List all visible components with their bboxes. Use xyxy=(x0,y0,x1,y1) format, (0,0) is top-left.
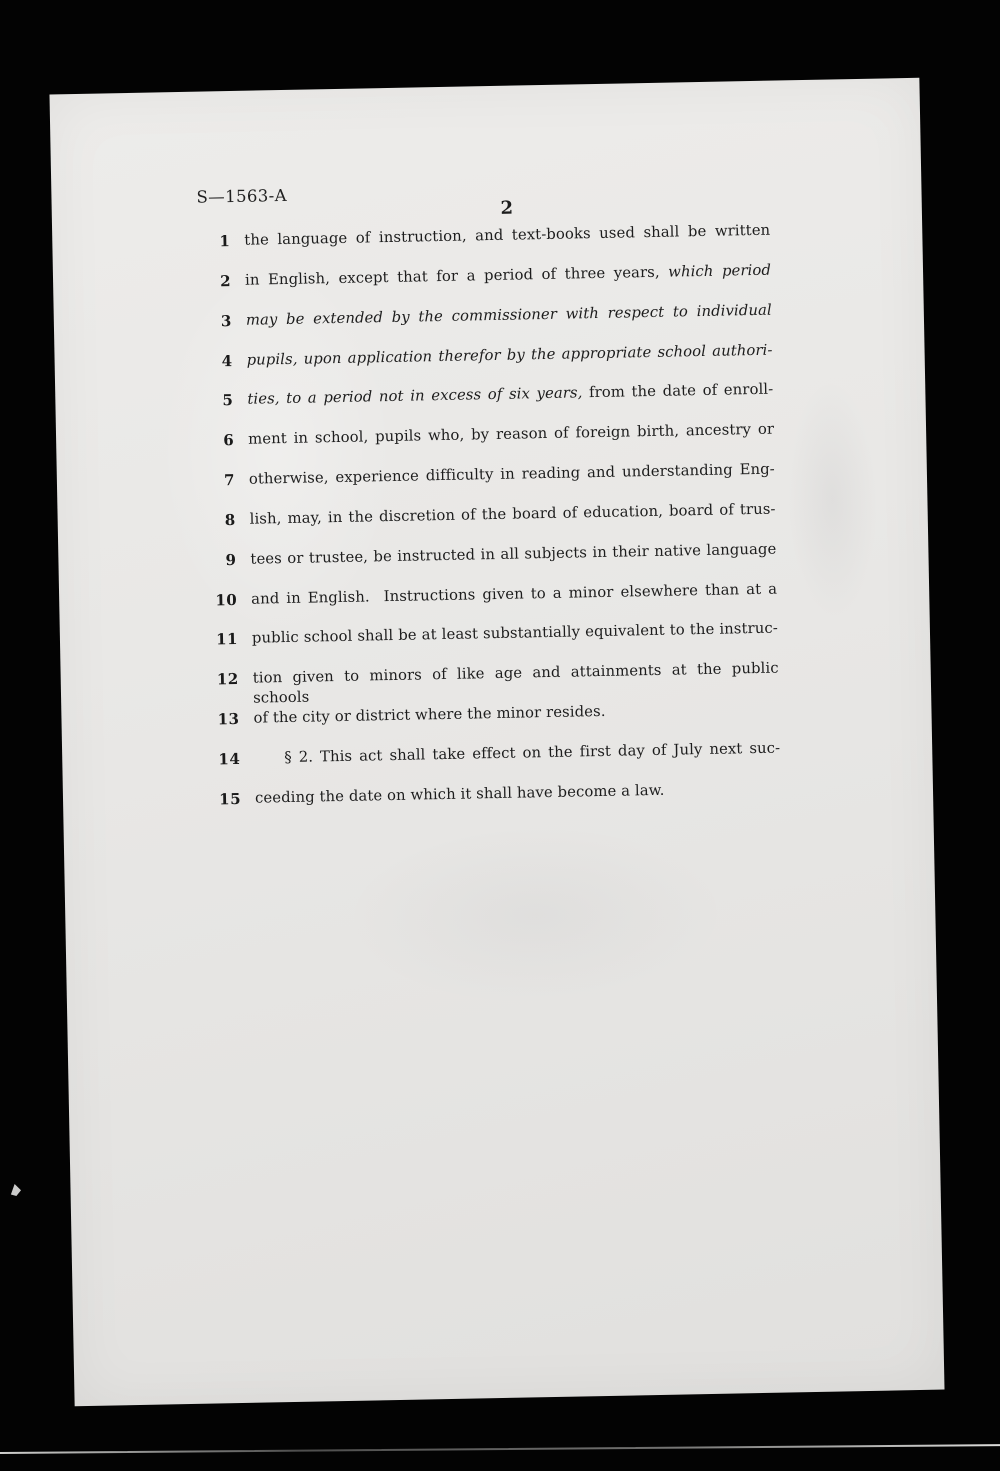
line-number: 8 xyxy=(192,510,236,531)
scan-smudge xyxy=(344,822,727,1009)
line-number: 5 xyxy=(189,390,233,411)
scan-edge-line xyxy=(0,1444,1000,1454)
line-text: the language of instruction, and text-bo… xyxy=(244,221,770,251)
scan-smudge xyxy=(785,379,880,621)
line-number: 14 xyxy=(196,749,240,770)
line-number: 1 xyxy=(186,231,230,252)
document-page: S—1563-A 2 1 the language of instruction… xyxy=(49,78,944,1406)
scan-speck xyxy=(10,1184,21,1196)
scan-background: S—1563-A 2 1 the language of instruction… xyxy=(0,0,1000,1471)
line-number: 13 xyxy=(195,709,239,730)
line-number: 3 xyxy=(188,311,232,332)
line-number: 6 xyxy=(190,430,234,451)
text-segment: the language of instruction, and text-bo… xyxy=(244,222,770,249)
line-number: 12 xyxy=(195,669,239,690)
line-number: 9 xyxy=(192,550,236,571)
italic-text-segment: which period xyxy=(668,261,771,280)
page-number: 2 xyxy=(244,193,770,224)
text-segment: from the date of enroll- xyxy=(589,381,774,402)
line-number: 7 xyxy=(191,470,235,491)
line-number: 10 xyxy=(193,590,237,611)
line-number: 11 xyxy=(194,629,238,650)
text-lines: 1 the language of instruction, and text-… xyxy=(186,221,781,830)
line-number: 2 xyxy=(187,271,231,292)
line-number: 15 xyxy=(197,789,241,810)
line-number: 4 xyxy=(188,351,232,372)
